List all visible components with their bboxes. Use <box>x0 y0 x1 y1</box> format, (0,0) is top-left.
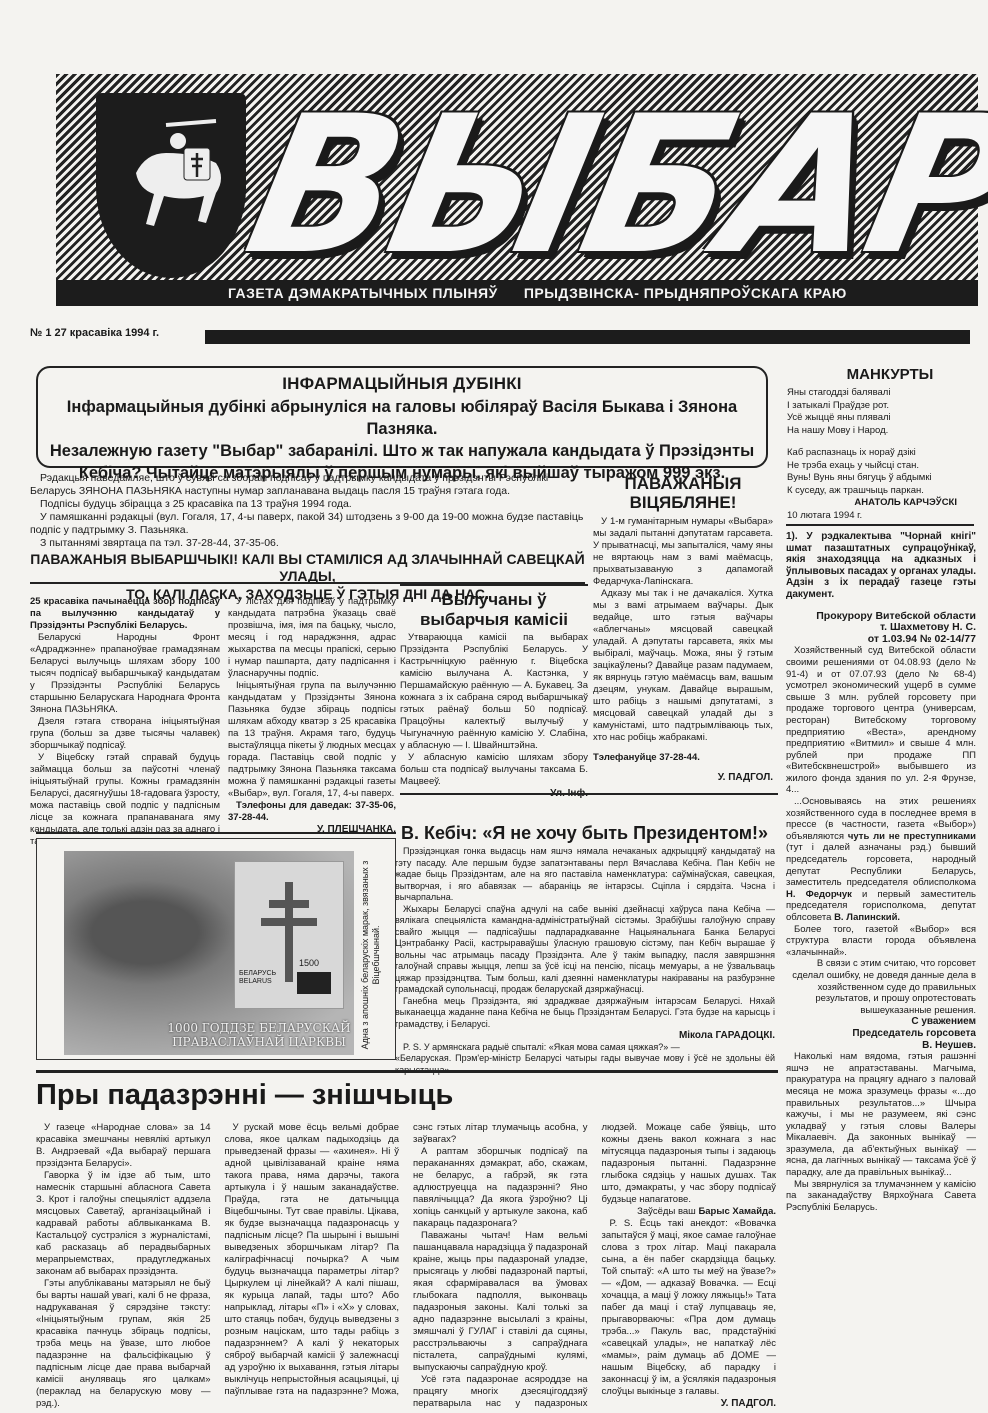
article-paragraph: Жыхары Беларусі спаўна адчулі на сабе вы… <box>395 904 775 996</box>
voters-appeal-article: ПАВАЖАНЫЯ ВІЦЯБЛЯНЕ! У 1-м гуманітарным … <box>593 474 773 784</box>
notice-paragraph: З пытаннямі звяртаца па тэл. 37-28-44, 3… <box>30 537 585 550</box>
info-box-line: Незалежную газету "Выбар" забаранілі. Шт… <box>38 440 766 462</box>
article-paragraph: Дзеля гэтага створана ініцыятыўная група… <box>30 716 220 752</box>
document-addressee: т. Шахметову Н. С. <box>786 622 976 634</box>
kebich-title: В. Кебіч: «Я не хочу быть Президентом!» <box>401 822 775 844</box>
poem-author: АНАТОЛЬ КАРЧЭЎСКІ <box>787 497 957 510</box>
document-signer: В. Неушев. <box>786 1040 976 1052</box>
suspicion-article-body: У газеце «Народнае слова» за 14 красавік… <box>36 1122 776 1412</box>
newspaper-logo-title: ВЫБАР <box>234 86 988 286</box>
document-paragraph: В связи с этим считаю, что горсовет сдел… <box>786 958 976 1016</box>
article-signoff: Заўсёды ваш Барыс Хамайда. <box>602 1206 777 1218</box>
stamp-photo: 1500 БЕЛАРУСЬ BELARUS 1000 ГОДДЗЕ БЕЛАРУ… <box>64 851 354 1055</box>
document-paragraph: Хозяйственный суд Витебской области свои… <box>786 645 976 796</box>
commissions-title: выбарчыя камісіі <box>400 610 588 630</box>
poem-line: Не трэба ехаць у чыйсці стан. <box>787 460 977 473</box>
article-paragraph: Утвараюцца камісіі па выбарах Прэзідэнта… <box>400 632 588 752</box>
section-divider <box>36 1070 778 1073</box>
notice-paragraph: У памяшканні рэдакцыі (вул. Гогаля, 17, … <box>30 511 585 537</box>
article-paragraph: У лістах для подпісаў у падтрымку кандыд… <box>228 596 396 680</box>
poem-body: Яны стагоддзі балявалі І затыкалі Праўдз… <box>787 387 977 522</box>
document-reference: от 1.03.94 № 02-14/77 <box>786 634 976 646</box>
document-closing: С уважением <box>786 1016 976 1028</box>
article-paragraph: Ініцыятыўная група па вылучэнню кандыдат… <box>228 680 396 800</box>
document-paragraph: Более того, газетой «Выбор» вся структур… <box>786 924 976 959</box>
article-author: У. ПАДГОЛ. <box>602 1398 777 1410</box>
article-paragraph: Гэты апублікаваны матэрыял не быў бы вар… <box>36 1278 211 1410</box>
stamp-image: 1500 БЕЛАРУСЬ BELARUS <box>234 861 344 1009</box>
notice-paragraph: Рэдакцыя паведамляе, што ў сувязі са збо… <box>30 472 585 498</box>
poem-line: К суседу, аж трашчыць паркан. <box>787 485 977 498</box>
stamp-value: 1500 <box>299 958 319 968</box>
article-paragraph: Мы звярнуліся за тлумачэннем у камісію п… <box>786 1179 976 1214</box>
article-phones: Тэлефоны для даведак: 37-35-06, 37-28-44… <box>228 800 396 824</box>
article-author: У. ПАДГОЛ. <box>593 772 773 784</box>
poem-line: Каб распазнаць іх нораў дзікі <box>787 447 977 460</box>
subtitle-left: ГАЗЕТА ДЭМАКРАТЫЧНЫХ ПЛЫНЯЎ <box>228 285 498 301</box>
article-phone: Тэлефануйце 37-28-44. <box>593 752 773 764</box>
voters-title: ВІЦЯБЛЯНЕ! <box>593 493 773 512</box>
black-book-column: 1). У рэдкалектыва "Чорнай кнігі" шмат п… <box>786 531 976 1213</box>
issue-number-date: № 1 27 красавіка 1994 г. <box>30 327 159 339</box>
article-paragraph: Беларускі Народны Фронт «Адраджэнне» пра… <box>30 632 220 716</box>
photo-caption: Адна з апошніх беларускіх марак, звязаны… <box>356 855 386 1055</box>
document-closing: Председатель горсовета <box>786 1028 976 1040</box>
article-paragraph: У газеце «Народнае слова» за 14 красавік… <box>36 1122 211 1170</box>
section-divider <box>786 524 974 526</box>
info-headline-box: ІНФАРМАЦЫЙНЫЯ ДУБІНКІ Інфармацыйныя дубі… <box>36 366 768 468</box>
section-divider <box>36 832 396 834</box>
notice-paragraph: Подпісы будуць збірацца з 25 красавіка п… <box>30 498 585 511</box>
article-paragraph: У 1-м гуманітарным нумары «Выбара» мы за… <box>593 516 773 588</box>
poem-line: І затыкалі Праўдзе рот. <box>787 400 977 413</box>
poem-date: 10 лютага 1994 г. <box>787 510 977 523</box>
article-paragraph: Наколькі нам вядома, гэтыя рашэнні яшчэ … <box>786 1051 976 1179</box>
poem-line: Яны стагоддзі балявалі <box>787 387 977 400</box>
article-paragraph: Гаворка ў ім ідзе аб тым, што намеснік с… <box>36 1170 211 1278</box>
article-author: Мікола ГАРАДОЦКІ. <box>395 1030 775 1042</box>
article-paragraph: Прэзідэнцкая гонка выдасць нам яшчэ няма… <box>395 846 775 904</box>
section-divider <box>400 584 588 586</box>
info-box-title: ІНФАРМАЦЫЙНЫЯ ДУБІНКІ <box>38 374 766 394</box>
article-author: У. ПЛЕШЧАНКА. <box>228 824 396 836</box>
masthead-subtitle: ГАЗЕТА ДЭМАКРАТЫЧНЫХ ПЛЫНЯЎПРЫДЗВІНСКА- … <box>56 280 978 306</box>
subtitle-right: ПРЫДЗВІНСКА- ПРЫДНЯПРОЎСКАГА КРАЮ <box>524 285 847 301</box>
article-ps: P. S. У армянскага радыё спыталі: «Якая … <box>395 1042 775 1054</box>
cross-icon <box>235 862 345 1010</box>
black-book-intro: 1). У рэдкалектыва "Чорнай кнігі" шмат п… <box>786 531 976 601</box>
stamp-country: БЕЛАРУСЬ BELARUS <box>239 970 289 986</box>
kebich-article: В. Кебіч: «Я не хочу быть Президентом!» … <box>395 822 775 1076</box>
issue-black-bar <box>205 330 970 344</box>
voters-title: ПАВАЖАНЫЯ <box>593 474 773 493</box>
info-box-line: Інфармацыйныя дубінкі абрынуліся на гало… <box>38 396 766 440</box>
commissions-title: Вылучаны ў <box>400 590 588 610</box>
photo-caption-text: Адна з апошніх беларускіх марак, звязаны… <box>360 855 382 1055</box>
article-lead: 25 красавіка пачынаецца збор подпісаў па… <box>30 596 220 632</box>
article-paragraph: Паважаны чытач! Нам вельмі пашанцавала н… <box>413 1230 588 1374</box>
article-paragraph: У абласную камісію шляхам збору больш ст… <box>400 752 588 788</box>
article-paragraph: Ганебна мець Прэзідэнта, які здраджвае д… <box>395 996 775 1031</box>
commissions-article: Вылучаны ў выбарчыя камісіі Утвараюцца к… <box>400 590 588 800</box>
poem-line: Усё жыццё яны плявалі <box>787 412 977 425</box>
suspicion-title: Пры падазрэнні — знішчыць <box>36 1078 453 1112</box>
signatures-article-col1: 25 красавіка пачынаецца збор подпісаў па… <box>30 596 220 848</box>
pahonia-emblem-icon <box>96 93 246 278</box>
notice-appeal: ПАВАЖАНЫЯ ВЫБАРШЧЫКІ! КАЛІ ВЫ СТАМІЛІСЯ … <box>30 551 585 585</box>
poem-title: МАНКУРТЫ <box>795 366 985 383</box>
poem-line: Вунь! Вунь яны бягуць ў абдымкі <box>787 472 977 485</box>
document-paragraph: ...Основываясь на этих решениях хозяйств… <box>786 796 976 924</box>
article-paragraph: Адказу мы так і не дачакаліся. Хутка мы … <box>593 588 773 744</box>
signatures-article-col2: У лістах для подпісаў у падтрымку кандыд… <box>228 596 396 836</box>
stamp-caption: 1000 ГОДДЗЕ БЕЛАРУСКАЙ ПРАВАСЛАЎНАЙ ЦАРК… <box>164 1021 354 1049</box>
section-divider <box>400 793 778 795</box>
article-paragraph: А раптам зборшчык подпісаў па перакананн… <box>413 1146 588 1230</box>
poem-line: На нашу Мову і Народ. <box>787 425 977 438</box>
article-ps: P. S. Ёсць такі анекдот: «Вовачка запыта… <box>602 1218 777 1398</box>
